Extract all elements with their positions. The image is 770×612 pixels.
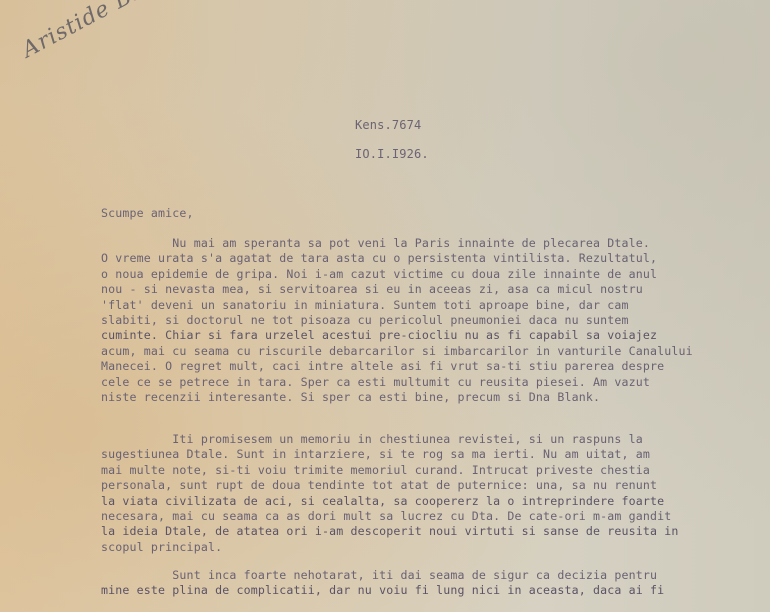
- text-line: slabiti, si doctorul ne tot pisoaza cu p…: [101, 313, 693, 328]
- text-line: 'flat' deveni un sanatoriu in miniatura.…: [101, 298, 693, 313]
- text-line: mai multe note, si-ti voiu trimite memor…: [101, 463, 679, 478]
- text-line: sugestiunea Dtale. Sunt in intarziere, s…: [101, 447, 679, 462]
- paragraph-3: Sunt inca foarte nehotarat, iti dai seam…: [101, 568, 664, 599]
- text-line: Iti promisesem un memoriu in chestiunea …: [101, 432, 679, 447]
- reference-number: Kens.7674: [355, 118, 421, 132]
- text-line: cuminte. Chiar si fara urzelel acestui p…: [101, 328, 693, 343]
- text-line: la ideia Dtale, de atatea ori i-am desco…: [101, 524, 679, 539]
- text-line: Nu mai am speranta sa pot veni la Paris …: [101, 236, 693, 251]
- text-line: Sunt inca foarte nehotarat, iti dai seam…: [101, 568, 664, 583]
- text-line: necesara, mai cu seama ca as dori mult s…: [101, 509, 679, 524]
- text-line: niste recenzii interesante. Si sper ca e…: [101, 390, 693, 405]
- text-line: o noua epidemie de gripa. Noi i-am cazut…: [101, 267, 693, 282]
- text-line: la viata civilizata de aci, si cealalta,…: [101, 494, 679, 509]
- paragraph-1: Nu mai am speranta sa pot veni la Paris …: [101, 236, 693, 405]
- text-line: scopul principal.: [101, 540, 679, 555]
- text-line: personala, sunt rupt de doua tendinte to…: [101, 478, 679, 493]
- text-line: cele ce se petrece in tara. Sper ca esti…: [101, 375, 693, 390]
- letter-date: IO.I.I926.: [355, 147, 429, 161]
- text-line: nou - si nevasta mea, si servitoarea si …: [101, 282, 693, 297]
- letter-page: Aristide Blank Kens.7674 IO.I.I926. Scum…: [0, 0, 770, 612]
- salutation: Scumpe amice,: [101, 206, 194, 220]
- text-line: Manecei. O regret mult, caci intre altel…: [101, 359, 693, 374]
- paragraph-2: Iti promisesem un memoriu in chestiunea …: [101, 432, 679, 555]
- text-line: acum, mai cu seama cu riscurile debarcar…: [101, 344, 693, 359]
- text-line: mine este plina de complicatii, dar nu v…: [101, 583, 664, 598]
- text-line: O vreme urata s'a agatat de tara asta cu…: [101, 251, 693, 266]
- handwritten-annotation: Aristide Blank: [18, 0, 182, 63]
